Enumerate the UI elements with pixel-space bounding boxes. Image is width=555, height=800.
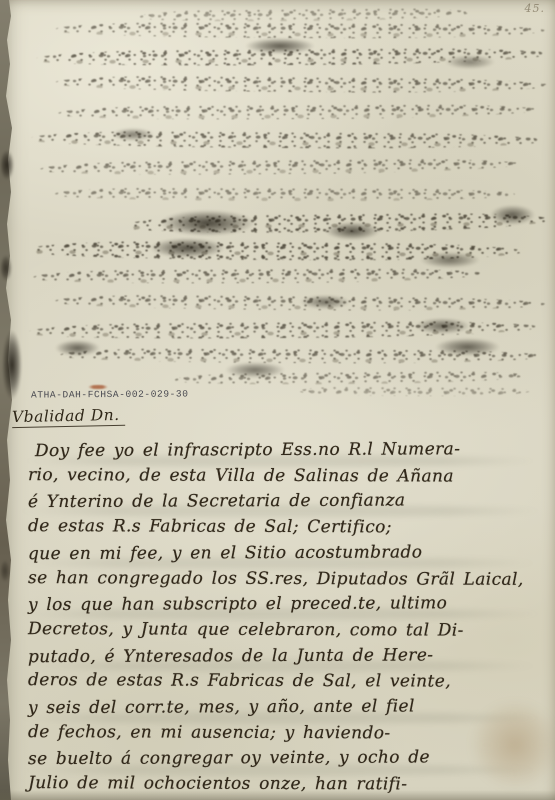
ink-smudge-band-1 [140, 7, 470, 23]
manuscript-line-6: se han congregado los SS.res, Diputados … [28, 566, 551, 594]
ink-blot-10 [415, 318, 470, 334]
ink-blot-7 [150, 238, 225, 258]
ink-smudge-band-6 [30, 129, 545, 150]
book-binding-edge [0, 0, 13, 800]
ink-smudge-band-7 [40, 157, 520, 176]
ink-blot-5 [490, 205, 535, 225]
ink-blot-4 [160, 210, 255, 236]
page-number: 45. [525, 2, 546, 15]
ink-blot-11 [55, 340, 100, 356]
manuscript-line-7: y los que han subscripto el preced.te, u… [28, 591, 551, 619]
binding-edge-blot-1 [0, 150, 14, 180]
ink-smudge-band-8 [55, 186, 515, 202]
manuscript-line-2: rio, vecino, de esta Villa de Salinas de… [28, 463, 551, 491]
binding-edge-blot-2 [0, 255, 12, 281]
ink-blot-6 [325, 222, 380, 240]
manuscript-line-4: de estas R.s Fabricas de Sal; Certifico; [28, 514, 551, 542]
red-ink-mark [88, 385, 108, 389]
ink-blot-1 [245, 38, 315, 54]
ink-smudge-band-5 [58, 103, 538, 121]
manuscript-line-8: Decretos, y Junta que celebraron, como t… [28, 617, 551, 645]
manuscript-line-12: de fechos, en mi ausencia; y haviendo- [28, 720, 551, 748]
ink-smudge-band-4 [55, 74, 550, 94]
manuscript-page: 45. ATHA-DAH-FCHSA-002-029-30 Vbalidad D… [0, 0, 555, 800]
manuscript-body: Doy fee yo el infrascripto Ess.no R.l Nu… [28, 438, 551, 798]
manuscript-line-3: é Ynterino de la Secretaria de confianza [28, 488, 551, 516]
binding-edge-blot-3 [2, 330, 22, 400]
manuscript-line-10: deros de estas R.s Fabricas de Sal, el v… [28, 668, 551, 696]
ink-smudge-band-11 [33, 267, 483, 284]
page-bottom-shadow [0, 790, 555, 800]
ink-blot-3 [445, 55, 495, 69]
ink-blot-9 [300, 295, 350, 309]
binding-edge-blot-4 [0, 560, 10, 582]
manuscript-line-13: se buelto á congregar oy veinte, y ocho … [28, 745, 551, 773]
ink-blot-2 [112, 128, 154, 141]
marginal-heading: Vbalidad Dn. [12, 406, 125, 428]
ink-blot-8 [420, 252, 480, 268]
archive-reference-stamp: ATHA-DAH-FCHSA-002-029-30 [31, 388, 189, 400]
ink-smudge-band-2 [55, 21, 545, 40]
manuscript-line-5: que en mi fee, y en el Sitio acostumbrad… [28, 540, 551, 568]
ink-smudge-band-16 [300, 385, 530, 396]
manuscript-line-11: y seis del corr.te, mes, y año, ante el … [28, 694, 551, 722]
manuscript-line-1: Doy fee yo el infrascripto Ess.no R.l Nu… [28, 437, 551, 465]
ink-blot-12 [435, 338, 500, 356]
ink-blot-13 [225, 362, 285, 378]
manuscript-line-9: putado, é Ynteresados de la Junta de Her… [28, 642, 551, 670]
